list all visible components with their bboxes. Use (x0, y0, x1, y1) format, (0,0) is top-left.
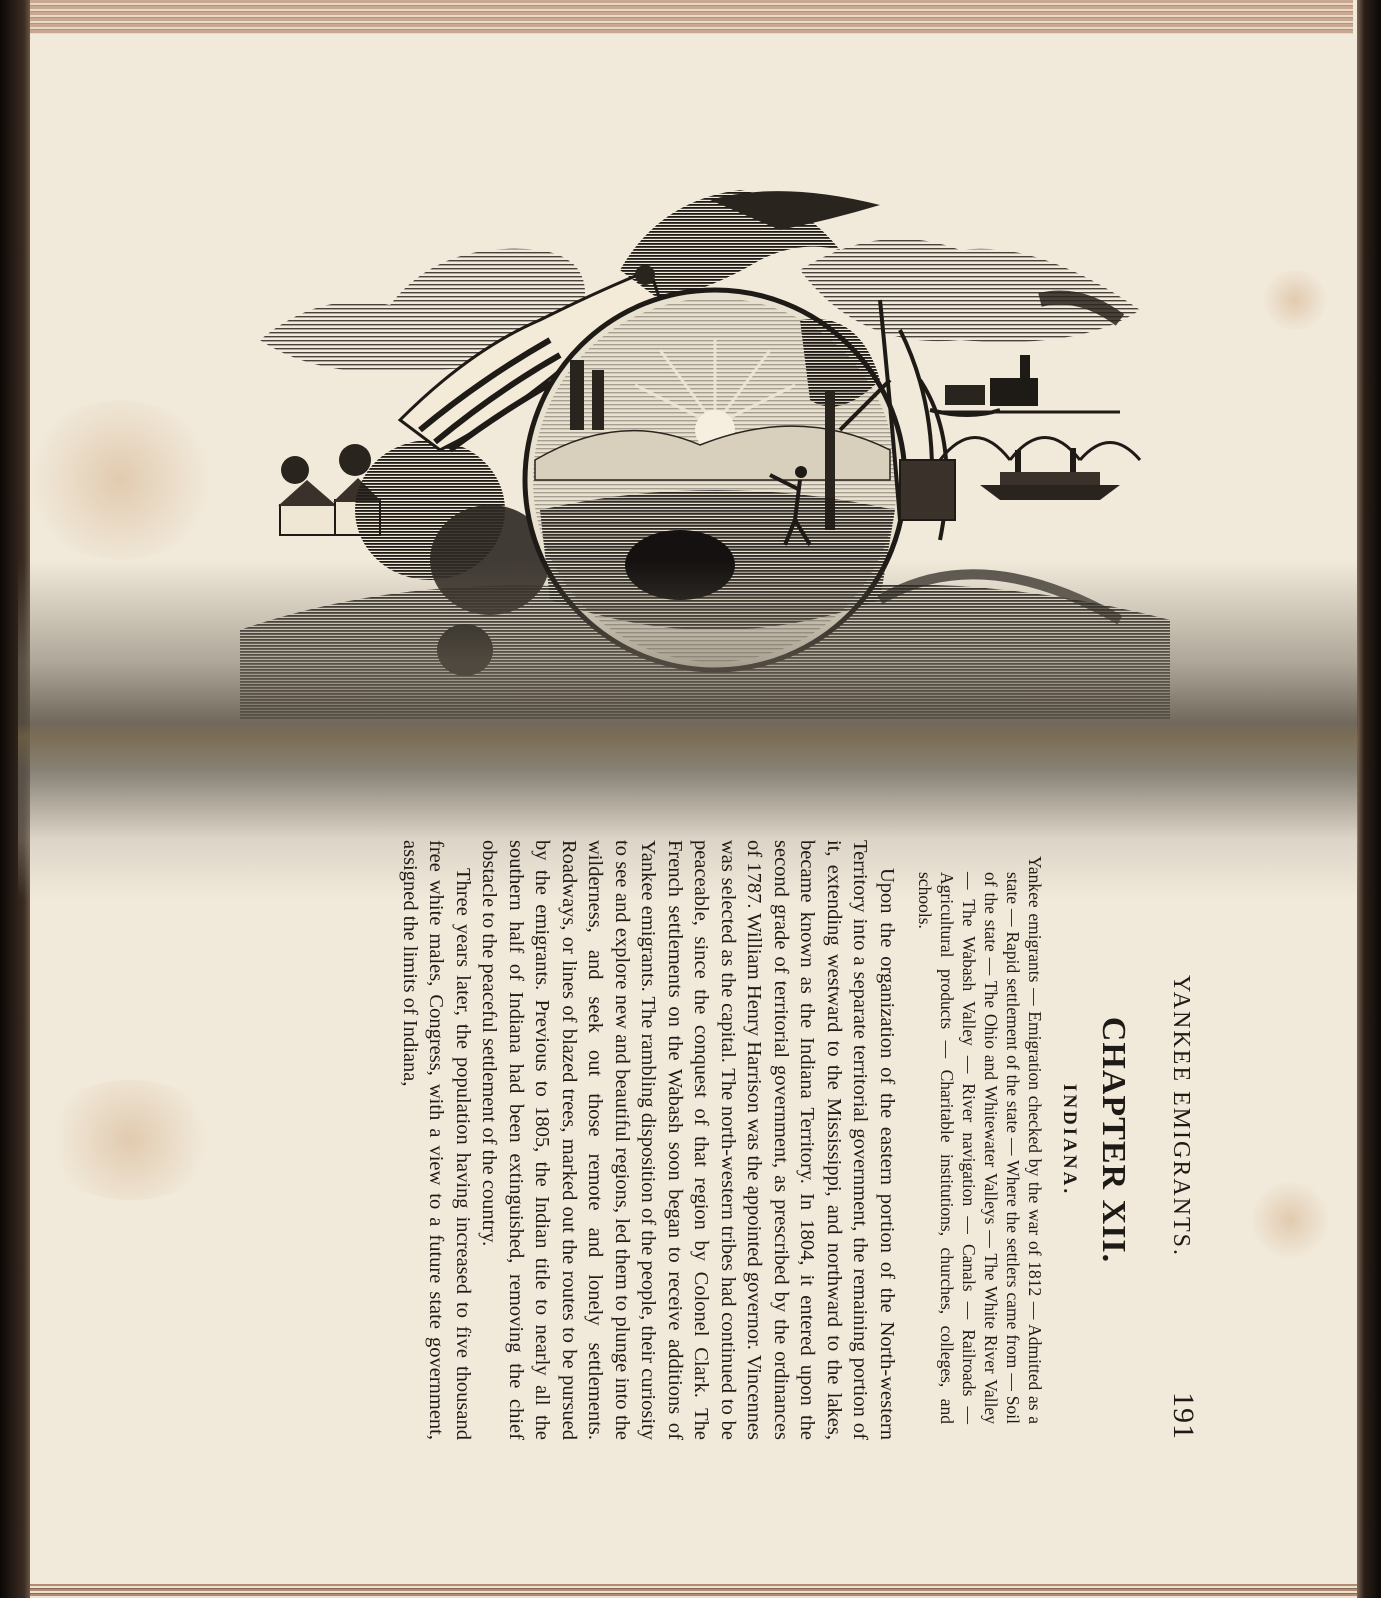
chapter-heading: CHAPTER XII. (1094, 840, 1132, 1440)
text-page: YANKEE EMIGRANTS. 191 CHAPTER XII. INDIA… (397, 840, 1201, 1440)
page-edges-top (28, 0, 1353, 34)
body-paragraph: Upon the organization of the eastern por… (476, 840, 900, 1440)
book-binding-shadow-left (0, 0, 30, 1598)
steamboat-icon (980, 448, 1120, 500)
foxing-stain (1260, 270, 1330, 330)
engraving-vignette-icon (240, 180, 1170, 720)
foxing-stain (40, 1080, 220, 1200)
foxing-stain (20, 400, 220, 560)
buffalo-icon (625, 530, 735, 600)
page-number: 191 (1166, 1392, 1200, 1440)
chapter-subject: INDIANA. (1058, 840, 1080, 1440)
foxing-stain (1250, 1180, 1330, 1260)
body-paragraph: Three years later, the population having… (397, 840, 477, 1440)
chapter-engraving (240, 180, 1170, 720)
arched-bridge-icon (940, 438, 1140, 461)
book-binding-shadow-right (1357, 0, 1381, 1598)
running-head: YANKEE EMIGRANTS. 191 (1166, 840, 1200, 1440)
running-head-title: YANKEE EMIGRANTS. (1167, 840, 1194, 1392)
page-edges-bottom (14, 1584, 1364, 1598)
chapter-synopsis: Yankee emigrants — Emigration checked by… (914, 856, 1046, 1424)
